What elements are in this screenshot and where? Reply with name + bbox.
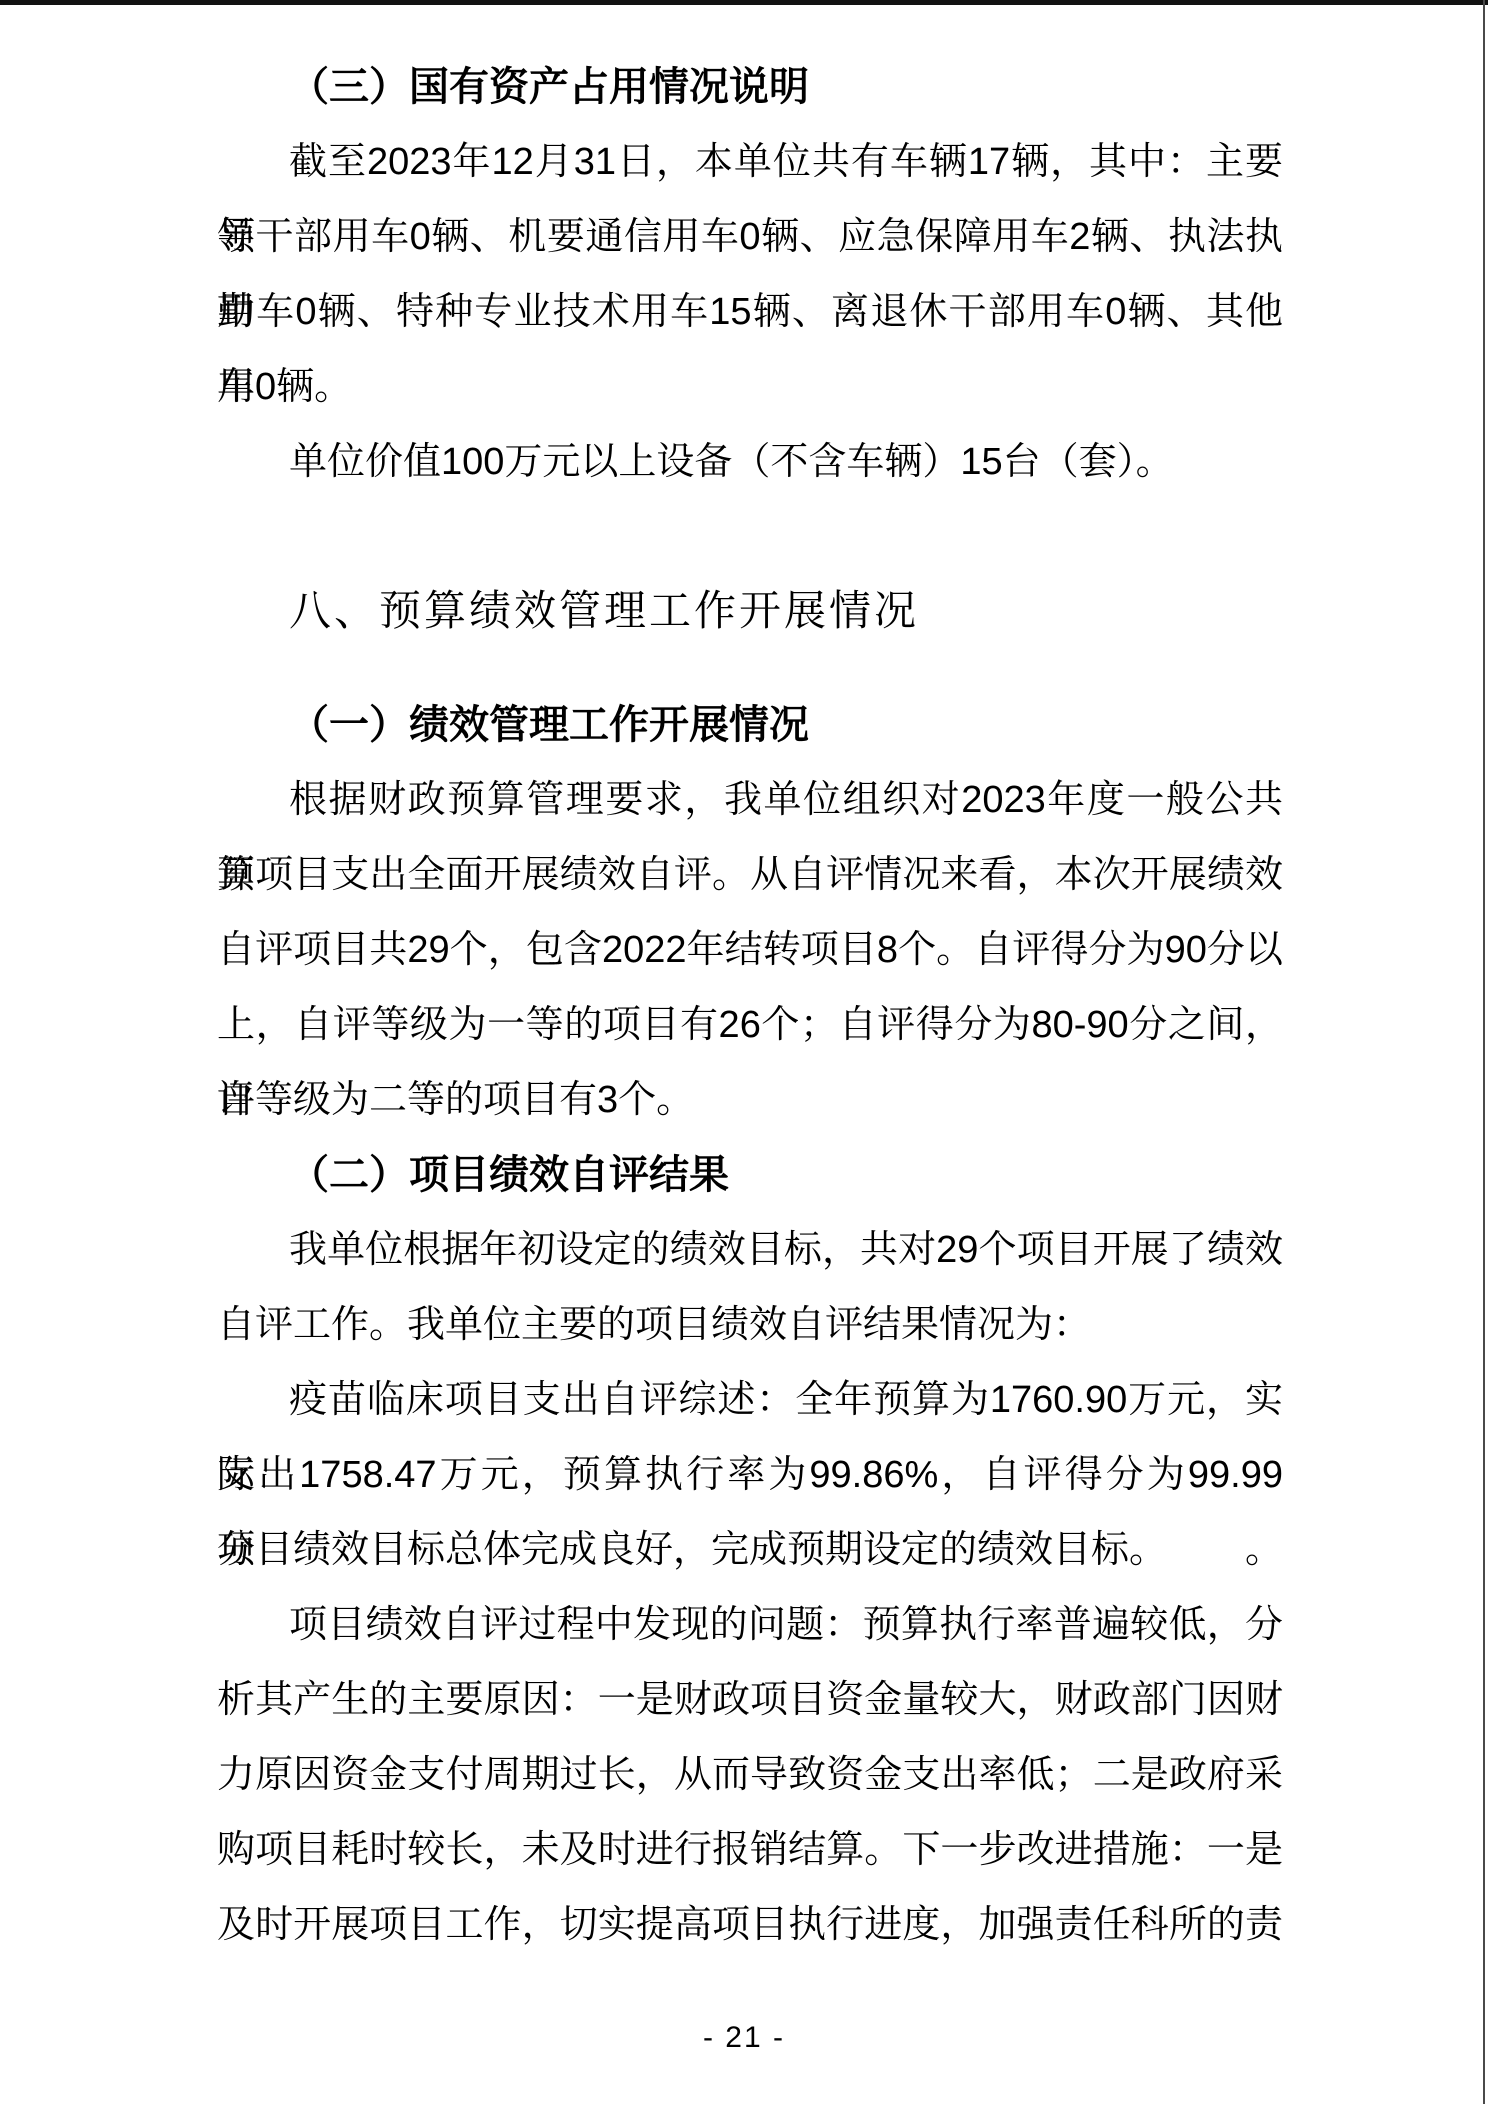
text-line: 析其产生的主要原因：一是财政项目资金量较大，财政部门因财	[217, 1663, 1283, 1738]
text-line: 车0辆。	[217, 350, 1283, 425]
text-line: 上，自评等级为一等的项目有26个；自评得分为80-90分之间，自	[217, 988, 1283, 1063]
text-line: 项目绩效目标总体完成良好，完成预期设定的绩效目标。	[217, 1513, 1283, 1588]
text-line: 力原因资金支付周期过长，从而导致资金支出率低；二是政府采	[217, 1738, 1283, 1813]
text-line: 导干部用车0辆、机要通信用车0辆、应急保障用车2辆、执法执勤	[217, 200, 1283, 275]
text-line: 我单位根据年初设定的绩效目标，共对29个项目开展了绩效	[217, 1213, 1283, 1288]
text-line: 及时开展项目工作，切实提高项目执行进度，加强责任科所的责	[217, 1888, 1283, 1963]
page-number: - 21 -	[0, 2018, 1488, 2058]
sub-section-heading: （二）项目绩效自评结果	[217, 1138, 1283, 1213]
text-line: 截至2023年12月31日，本单位共有车辆17辆，其中：主要领	[217, 125, 1283, 200]
text-line: 购项目耗时较长，未及时进行报销结算。下一步改进措施：一是	[217, 1813, 1283, 1888]
scan-edge-top	[0, 0, 1488, 5]
section-heading: 八、预算绩效管理工作开展情况	[217, 575, 1283, 650]
text-line: 自评工作。我单位主要的项目绩效自评结果情况为：	[217, 1288, 1283, 1363]
blank-line	[217, 500, 1283, 575]
text-line: 根据财政预算管理要求，我单位组织对2023年度一般公共预	[217, 763, 1283, 838]
document-page: （三）国有资产占用情况说明截至2023年12月31日，本单位共有车辆17辆，其中…	[0, 0, 1488, 2104]
text-line: 项目绩效自评过程中发现的问题：预算执行率普遍较低，分	[217, 1588, 1283, 1663]
text-line: 支出1758.47万元，预算执行率为99.86%，自评得分为99.99分。	[217, 1438, 1283, 1513]
sub-section-heading: （一）绩效管理工作开展情况	[217, 688, 1283, 763]
text-line: 疫苗临床项目支出自评综述：全年预算为1760.90万元，实际	[217, 1363, 1283, 1438]
text-line: 自评项目共29个，包含2022年结转项目8个。自评得分为90分以	[217, 913, 1283, 988]
text-line: 用车0辆、特种专业技术用车15辆、离退休干部用车0辆、其他用	[217, 275, 1283, 350]
text-line: 单位价值100万元以上设备（不含车辆）15台（套）。	[217, 425, 1283, 500]
scan-edge-right	[1483, 0, 1485, 2104]
text-line: 评等级为二等的项目有3个。	[217, 1063, 1283, 1138]
sub-section-heading: （三）国有资产占用情况说明	[217, 50, 1283, 125]
text-line: 算项目支出全面开展绩效自评。从自评情况来看，本次开展绩效	[217, 838, 1283, 913]
document-content: （三）国有资产占用情况说明截至2023年12月31日，本单位共有车辆17辆，其中…	[217, 50, 1283, 1963]
